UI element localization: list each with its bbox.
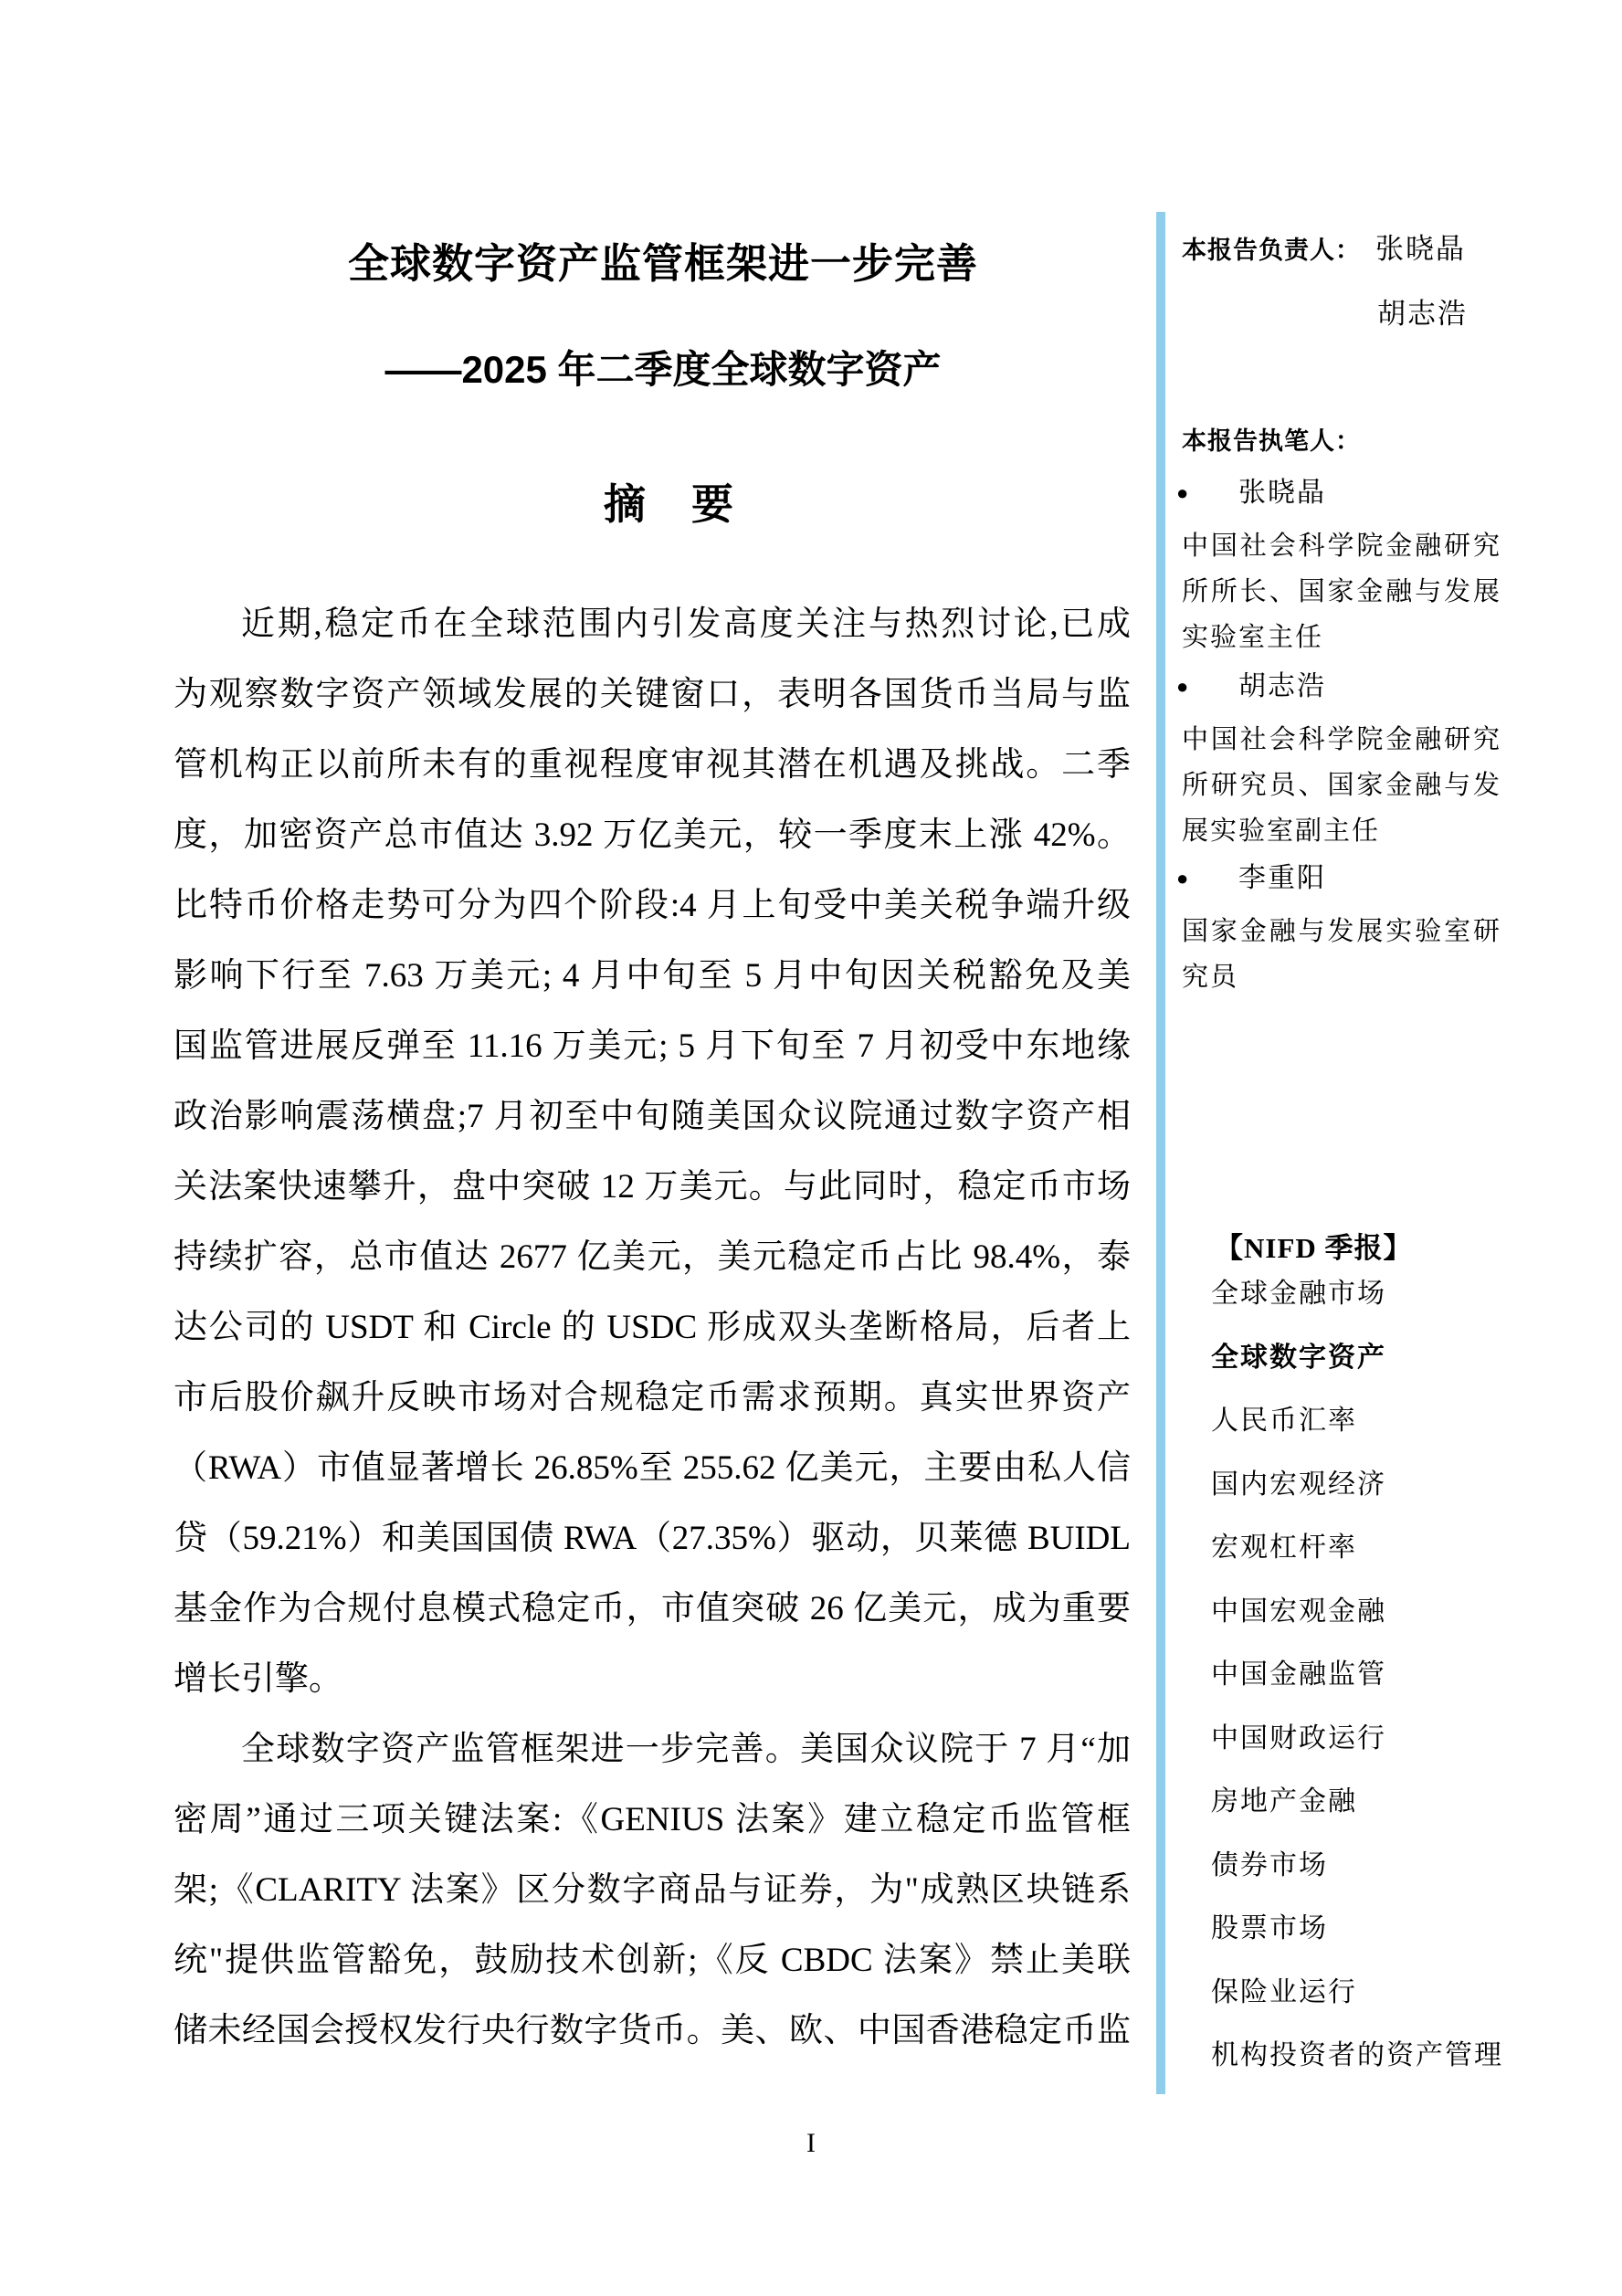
abstract-paragraph-1: 近期,稳定币在全球范围内引发高度关注与热烈讨论,已成为观察数字资产领域发展的关键… [174,589,1131,1714]
report-leads-row: 本报告负责人： 张晓晶 [1182,226,1466,267]
sidebar-accent-bar [1156,212,1165,2094]
series-header: 【NIFD 季报】 [1215,1225,1413,1266]
series-item: 中国宏观金融 [1211,1596,1503,1627]
series-item: 中国财政运行 [1211,1723,1503,1754]
report-leads-label: 本报告负责人： [1182,230,1361,266]
body-text-line: 为观察数字资产领域发展的关键窗口，表明各国货币当局与监 [174,659,1131,730]
body-text-line: 全球数字资产监管框架进一步完善。美国众议院于 7 月“加 [174,1714,1131,1785]
body-text-line: （RWA）市值显著增长 26.85%至 255.62 亿美元，主要由私人信 [174,1433,1131,1503]
series-item: 房地产金融 [1211,1786,1503,1817]
bullet-icon: ● [1176,863,1200,894]
body-text-line: 持续扩容，总市值达 2677 亿美元，美元稳定币占比 98.4%，泰 [174,1222,1131,1292]
series-item: 机构投资者的资产管理 [1211,2040,1503,2071]
report-lead-name: 张晓晶 [1375,226,1466,267]
series-item: 股票市场 [1211,1913,1503,1944]
report-author-name: 李重阳 [1238,863,1326,894]
bullet-icon: ● [1176,478,1200,509]
report-lead-name: 胡志浩 [1377,290,1468,332]
bullet-icon: ● [1176,671,1200,702]
abstract-body: 近期,稳定币在全球范围内引发高度关注与热烈讨论,已成为观察数字资产领域发展的关键… [174,589,1131,2066]
series-item: 保险业运行 [1211,1977,1503,2008]
report-author: ●胡志浩中国社会科学院金融研究所研究员、国家金融与发展实验室副主任 [1176,671,1514,854]
body-text-line: 增长引擎。 [174,1644,1131,1714]
report-authors-label: 本报告执笔人： [1182,421,1361,457]
body-text-line: 储未经国会授权发行央行数字货币。美、欧、中国香港稳定币监 [174,1996,1131,2066]
body-text-line: 影响下行至 7.63 万美元; 4 月中旬至 5 月中旬因关税豁免及美 [174,941,1131,1011]
series-item: 宏观杠杆率 [1211,1532,1503,1564]
body-text-line: 近期,稳定币在全球范围内引发高度关注与热烈讨论,已成 [174,589,1131,659]
body-text-line: 贷（59.21%）和美国国债 RWA（27.35%）驱动，贝莱德 BUIDL [174,1503,1131,1574]
body-text-line: 达公司的 USDT 和 Circle 的 USDC 形成双头垄断格局，后者上 [174,1292,1131,1363]
series-item: 人民币汇率 [1211,1406,1503,1437]
body-text-line: 基金作为合规付息模式稳定币，市值突破 26 亿美元，成为重要 [174,1574,1131,1644]
series-item: 国内宏观经济 [1211,1469,1503,1501]
body-text-line: 架;《CLARITY 法案》区分数字商品与证券，为"成熟区块链系 [174,1855,1131,1925]
series-item: 债券市场 [1211,1850,1503,1881]
report-author-row: ●张晓晶 [1176,478,1514,509]
report-author-title: 国家金融与发展实验室研究员 [1182,909,1501,1000]
series-item: 全球数字资产 [1211,1343,1503,1374]
body-text-line: 关法案快速攀升，盘中突破 12 万美元。与此同时，稳定币市场 [174,1152,1131,1222]
body-text-line: 国监管进展反弹至 11.16 万美元; 5 月下旬至 7 月初受中东地缘 [174,1011,1131,1081]
abstract-paragraph-2: 全球数字资产监管框架进一步完善。美国众议院于 7 月“加密周”通过三项关键法案:… [174,1714,1131,2066]
series-list: 全球金融市场全球数字资产人民币汇率国内宏观经济宏观杠杆率中国宏观金融中国金融监管… [1211,1279,1503,2104]
report-author: ●李重阳国家金融与发展实验室研究员 [1176,863,1514,1000]
series-item: 全球金融市场 [1211,1279,1503,1310]
report-title: 全球数字资产监管框架进一步完善 [174,230,1131,290]
series-item: 中国金融监管 [1211,1659,1503,1690]
body-text-line: 比特币价格走势可分为四个阶段:4 月上旬受中美关税争端升级 [174,870,1131,941]
report-subtitle: ——2025 年二季度全球数字资产 [174,340,1131,395]
report-author-title: 中国社会科学院金融研究所研究员、国家金融与发展实验室副主任 [1182,717,1501,854]
report-author-title: 中国社会科学院金融研究所所长、国家金融与发展实验室主任 [1182,523,1501,660]
body-text-line: 政治影响震荡横盘;7 月初至中旬随美国众议院通过数字资产相 [174,1081,1131,1152]
body-text-line: 市后股价飙升反映市场对合规稳定币需求预期。真实世界资产 [174,1363,1131,1433]
report-author-row: ●李重阳 [1176,863,1514,894]
report-author-row: ●胡志浩 [1176,671,1514,702]
body-text-line: 度，加密资产总市值达 3.92 万亿美元，较一季度末上涨 42%。 [174,800,1131,870]
abstract-heading: 摘 要 [174,471,1131,532]
report-author-name: 胡志浩 [1238,671,1326,702]
report-author-name: 张晓晶 [1238,478,1326,509]
body-text-line: 密周”通过三项关键法案:《GENIUS 法案》建立稳定币监管框 [174,1785,1131,1855]
report-cover-page: { "page": { "title": "全球数字资产监管框架进一步完善", … [0,0,1622,2296]
body-text-line: 管机构正以前所未有的重视程度审视其潜在机遇及挑战。二季 [174,730,1131,800]
page-number: I [0,2128,1622,2159]
body-text-line: 统"提供监管豁免，鼓励技术创新;《反 CBDC 法案》禁止美联 [174,1925,1131,1996]
report-author: ●张晓晶中国社会科学院金融研究所所长、国家金融与发展实验室主任 [1176,478,1514,660]
